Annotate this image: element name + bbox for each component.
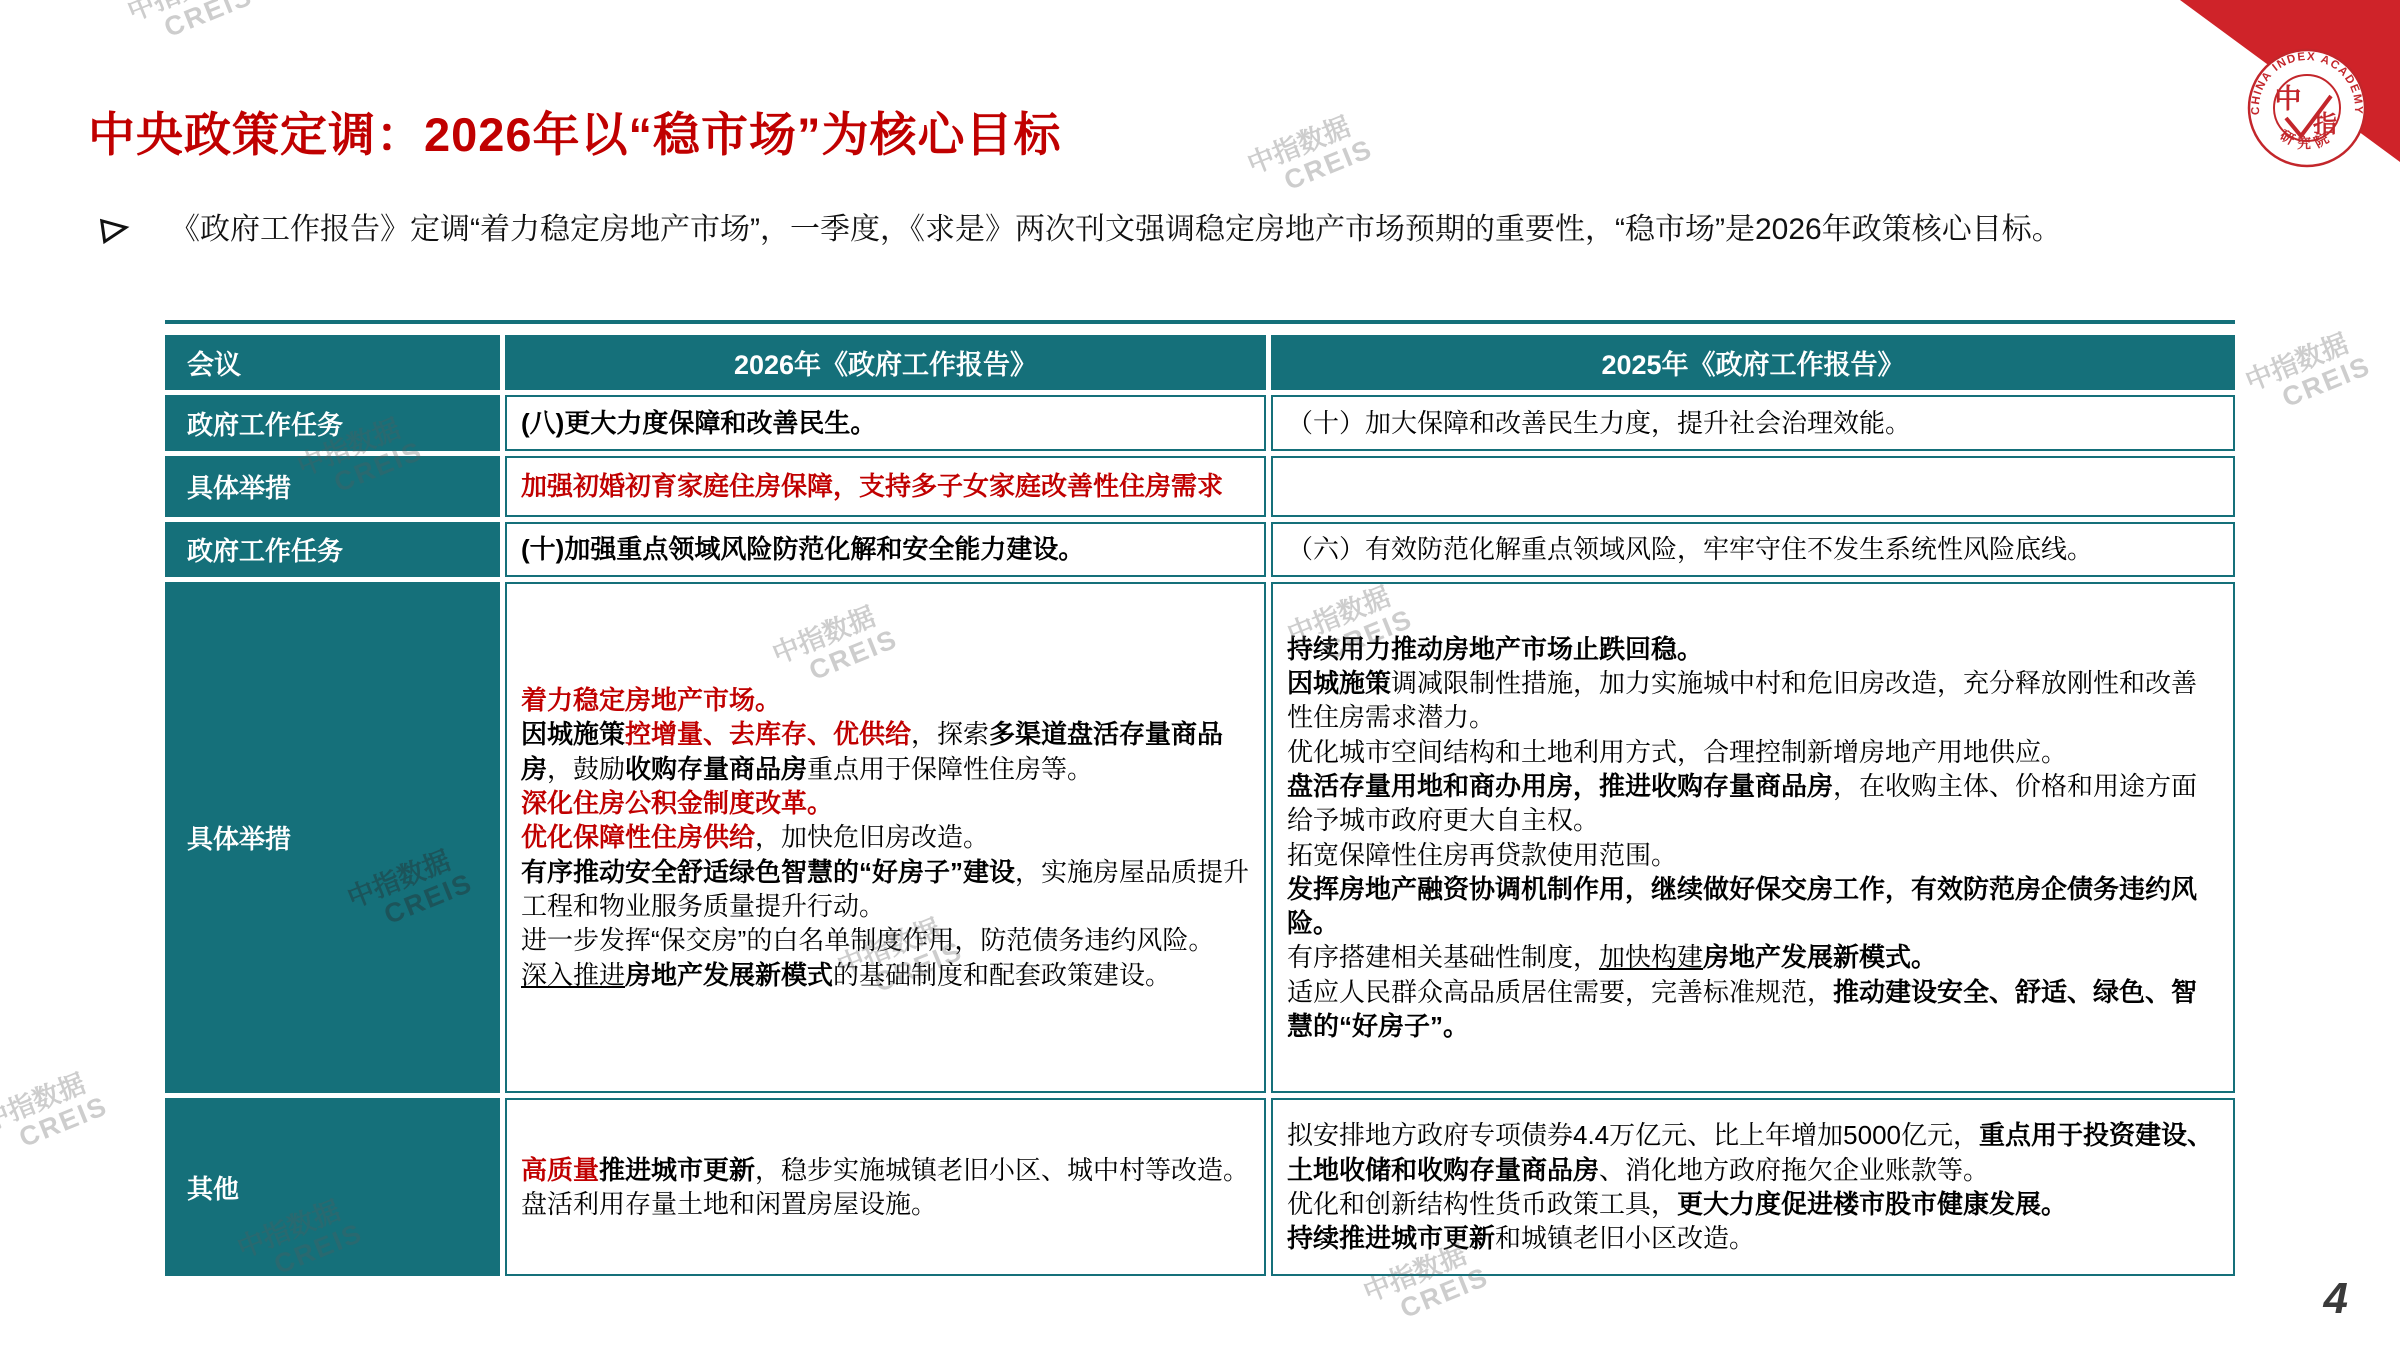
text-segment: 优化保障性住房供给 xyxy=(521,822,755,852)
watermark: 中指数据CREIS xyxy=(2241,325,2375,424)
text-segment: 、消化地方政府拖欠企业账款等。 xyxy=(1599,1155,1989,1185)
text-segment: 和城镇老旧小区改造。 xyxy=(1495,1223,1755,1253)
paragraph: 高质量推进城市更新，稳步实施城镇老旧小区、城中村等改造。盘活利用存量土地和闲置房… xyxy=(521,1153,1250,1222)
cell-2026-measures-2: 着力稳定房地产市场。因城施策控增量、去库存、优供给，探索多渠道盘活存量商品房，鼓… xyxy=(505,582,1266,1093)
text-segment: 进一步发挥“保交房”的白名单制度作用，防范债务违约风险。 xyxy=(521,925,1214,955)
text-segment: 因城施策 xyxy=(1287,668,1391,698)
policy-comparison-table: 会议 2026年《政府工作报告》 2025年《政府工作报告》 政府工作任务 (八… xyxy=(165,335,2235,1276)
text-segment: ，加快危旧房改造。 xyxy=(755,822,989,852)
paragraph: 进一步发挥“保交房”的白名单制度作用，防范债务违约风险。 xyxy=(521,923,1250,957)
text-segment: 有序推动安全舒适绿色智慧的“好房子”建设 xyxy=(521,857,1015,887)
paragraph: 因城施策控增量、去库存、优供给，探索多渠道盘活存量商品房，鼓励收购存量商品房重点… xyxy=(521,717,1250,786)
paragraph: 持续用力推动房地产市场止跌回稳。 xyxy=(1287,632,2219,666)
cell-2026-gov-task-1: (八)更大力度保障和改善民生。 xyxy=(505,395,1266,451)
text-segment: 更大力度促进楼市股市健康发展。 xyxy=(1677,1189,2067,1219)
text-segment: 重点用于保障性住房等。 xyxy=(807,754,1093,784)
text-segment: 加强初婚初育家庭住房保障，支持多子女家庭改善性住房需求 xyxy=(521,471,1223,501)
paragraph: 加强初婚初育家庭住房保障，支持多子女家庭改善性住房需求 xyxy=(521,469,1250,503)
text-segment: 有序搭建相关基础性制度， xyxy=(1287,942,1599,972)
paragraph: 深化住房公积金制度改革。 xyxy=(521,786,1250,820)
text-segment: 优化和创新结构性货币政策工具， xyxy=(1287,1189,1677,1219)
text-segment: （十）加大保障和改善民生力度，提升社会治理效能。 xyxy=(1287,408,1911,438)
text-segment: 高质量 xyxy=(521,1155,599,1185)
paragraph: 有序搭建相关基础性制度，加快构建房地产发展新模式。 xyxy=(1287,940,2219,974)
text-segment: ，探索 xyxy=(911,719,989,749)
paragraph: （六）有效防范化解重点领域风险，牢牢守住不发生系统性风险底线。 xyxy=(1287,532,2219,566)
row-label-measures-1: 具体举措 xyxy=(165,456,500,517)
text-segment: 推进城市更新 xyxy=(599,1155,755,1185)
row-label-other: 其他 xyxy=(165,1098,500,1276)
text-segment: 适应人民群众高品质居住需要，完善标准规范， xyxy=(1287,977,1833,1007)
watermark: 中指数据CREIS xyxy=(1243,108,1377,207)
text-segment: (十)加强重点领域风险防范化解和安全能力建设。 xyxy=(521,534,1084,564)
paragraph: 着力稳定房地产市场。 xyxy=(521,683,1250,717)
text-segment: 拟安排地方政府专项债券4.4万亿元、比上年增加5000亿元， xyxy=(1287,1120,1979,1150)
bullet-arrow-icon xyxy=(100,213,130,257)
col-header-2025-report: 2025年《政府工作报告》 xyxy=(1271,335,2235,390)
text-segment: 优化城市空间结构和土地利用方式，合理控制新增房地产用地供应。 xyxy=(1287,737,2067,767)
text-segment: 深入推进 xyxy=(521,960,625,990)
paragraph: 优化城市空间结构和土地利用方式，合理控制新增房地产用地供应。 xyxy=(1287,735,2219,769)
summary-bullet: 《政府工作报告》定调“着力稳定房地产市场”，一季度，《求是》两次刊文强调稳定房地… xyxy=(100,210,2370,257)
row-label-gov-task-2: 政府工作任务 xyxy=(165,522,500,577)
academy-seal-logo: CHINA INDEX ACADEMY 研究院 中 指 xyxy=(2249,50,2365,166)
row-label-gov-task-1: 政府工作任务 xyxy=(165,395,500,451)
paragraph: （十）加大保障和改善民生力度，提升社会治理效能。 xyxy=(1287,406,2219,440)
text-segment: (八)更大力度保障和改善民生。 xyxy=(521,408,876,438)
cell-2025-gov-task-2: （六）有效防范化解重点领域风险，牢牢守住不发生系统性风险底线。 xyxy=(1271,522,2235,577)
text-segment: 着力稳定房地产市场。 xyxy=(521,685,781,715)
text-segment: 发挥房地产融资协调机制作用，继续做好保交房工作，有效防范房企债务违约风险。 xyxy=(1287,874,2197,938)
paragraph: 发挥房地产融资协调机制作用，继续做好保交房工作，有效防范房企债务违约风险。 xyxy=(1287,872,2219,941)
paragraph: 盘活存量用地和商办用房，推进收购存量商品房，在收购主体、价格和用途方面给予城市政… xyxy=(1287,769,2219,838)
text-segment: 调减限制性措施，加力实施城中村和危旧房改造，充分释放刚性和改善性住房需求潜力。 xyxy=(1287,668,2197,732)
paragraph: 因城施策调减限制性措施，加力实施城中村和危旧房改造，充分释放刚性和改善性住房需求… xyxy=(1287,666,2219,735)
cell-2026-measures-1: 加强初婚初育家庭住房保障，支持多子女家庭改善性住房需求 xyxy=(505,456,1266,517)
paragraph: 优化和创新结构性货币政策工具，更大力度促进楼市股市健康发展。 xyxy=(1287,1187,2219,1221)
paragraph: (八)更大力度保障和改善民生。 xyxy=(521,406,1250,440)
paragraph: 持续推进城市更新和城镇老旧小区改造。 xyxy=(1287,1221,2219,1255)
row-label-measures-2: 具体举措 xyxy=(165,582,500,1093)
watermark: 中指数据CREIS xyxy=(0,1065,112,1164)
page-number: 4 xyxy=(2324,1274,2348,1324)
table-top-accent xyxy=(165,320,2235,324)
paragraph: 有序推动安全舒适绿色智慧的“好房子”建设，实施房屋品质提升工程和物业服务质量提升… xyxy=(521,855,1250,924)
text-segment: 收购存量商品房 xyxy=(625,754,807,784)
paragraph: 优化保障性住房供给，加快危旧房改造。 xyxy=(521,820,1250,854)
text-segment: 房地产发展新模式。 xyxy=(1703,942,1937,972)
text-segment: （六）有效防范化解重点领域风险，牢牢守住不发生系统性风险底线。 xyxy=(1287,534,2093,564)
text-segment: 持续推进城市更新 xyxy=(1287,1223,1495,1253)
text-segment: 盘活存量用地和商办用房，推进收购存量商品房 xyxy=(1287,771,1833,801)
page-title: 中央政策定调：2026年以“稳市场”为核心目标 xyxy=(88,98,1062,165)
cell-2026-other: 高质量推进城市更新，稳步实施城镇老旧小区、城中村等改造。盘活利用存量土地和闲置房… xyxy=(505,1098,1266,1276)
col-header-2026-report: 2026年《政府工作报告》 xyxy=(505,335,1266,390)
summary-bullet-text: 《政府工作报告》定调“着力稳定房地产市场”，一季度，《求是》两次刊文强调稳定房地… xyxy=(170,210,2062,251)
paragraph: 深入推进房地产发展新模式的基础制度和配套政策建设。 xyxy=(521,958,1250,992)
cell-2025-measures-2: 持续用力推动房地产市场止跌回稳。因城施策调减限制性措施，加力实施城中村和危旧房改… xyxy=(1271,582,2235,1093)
paragraph: 拟安排地方政府专项债券4.4万亿元、比上年增加5000亿元，重点用于投资建设、土… xyxy=(1287,1118,2219,1187)
watermark: 中指数据CREIS xyxy=(123,0,257,54)
text-segment: 深化住房公积金制度改革。 xyxy=(521,788,833,818)
cell-2025-other: 拟安排地方政府专项债券4.4万亿元、比上年增加5000亿元，重点用于投资建设、土… xyxy=(1271,1098,2235,1276)
col-header-meeting: 会议 xyxy=(165,335,500,390)
cell-2025-gov-task-1: （十）加大保障和改善民生力度，提升社会治理效能。 xyxy=(1271,395,2235,451)
seal-center-char-1: 中 xyxy=(2275,84,2302,114)
text-segment: 房地产发展新模式 xyxy=(625,960,833,990)
text-segment: 持续用力推动房地产市场止跌回稳。 xyxy=(1287,634,1703,664)
paragraph: 拓宽保障性住房再贷款使用范围。 xyxy=(1287,838,2219,872)
text-segment: 因城施策 xyxy=(521,719,625,749)
text-segment: 拓宽保障性住房再贷款使用范围。 xyxy=(1287,840,1677,870)
text-segment: 控增量、去库存、优供给 xyxy=(625,719,911,749)
paragraph: (十)加强重点领域风险防范化解和安全能力建设。 xyxy=(521,532,1250,566)
cell-2026-gov-task-2: (十)加强重点领域风险防范化解和安全能力建设。 xyxy=(505,522,1266,577)
text-segment: 加快构建 xyxy=(1599,942,1703,972)
paragraph: 适应人民群众高品质居住需要，完善标准规范，推动建设安全、舒适、绿色、智慧的“好房… xyxy=(1287,975,2219,1044)
seal-center-char-2: 指 xyxy=(2313,111,2337,138)
text-segment: 的基础制度和配套政策建设。 xyxy=(833,960,1171,990)
text-segment: ，鼓励 xyxy=(547,754,625,784)
cell-2025-measures-1 xyxy=(1271,456,2235,517)
